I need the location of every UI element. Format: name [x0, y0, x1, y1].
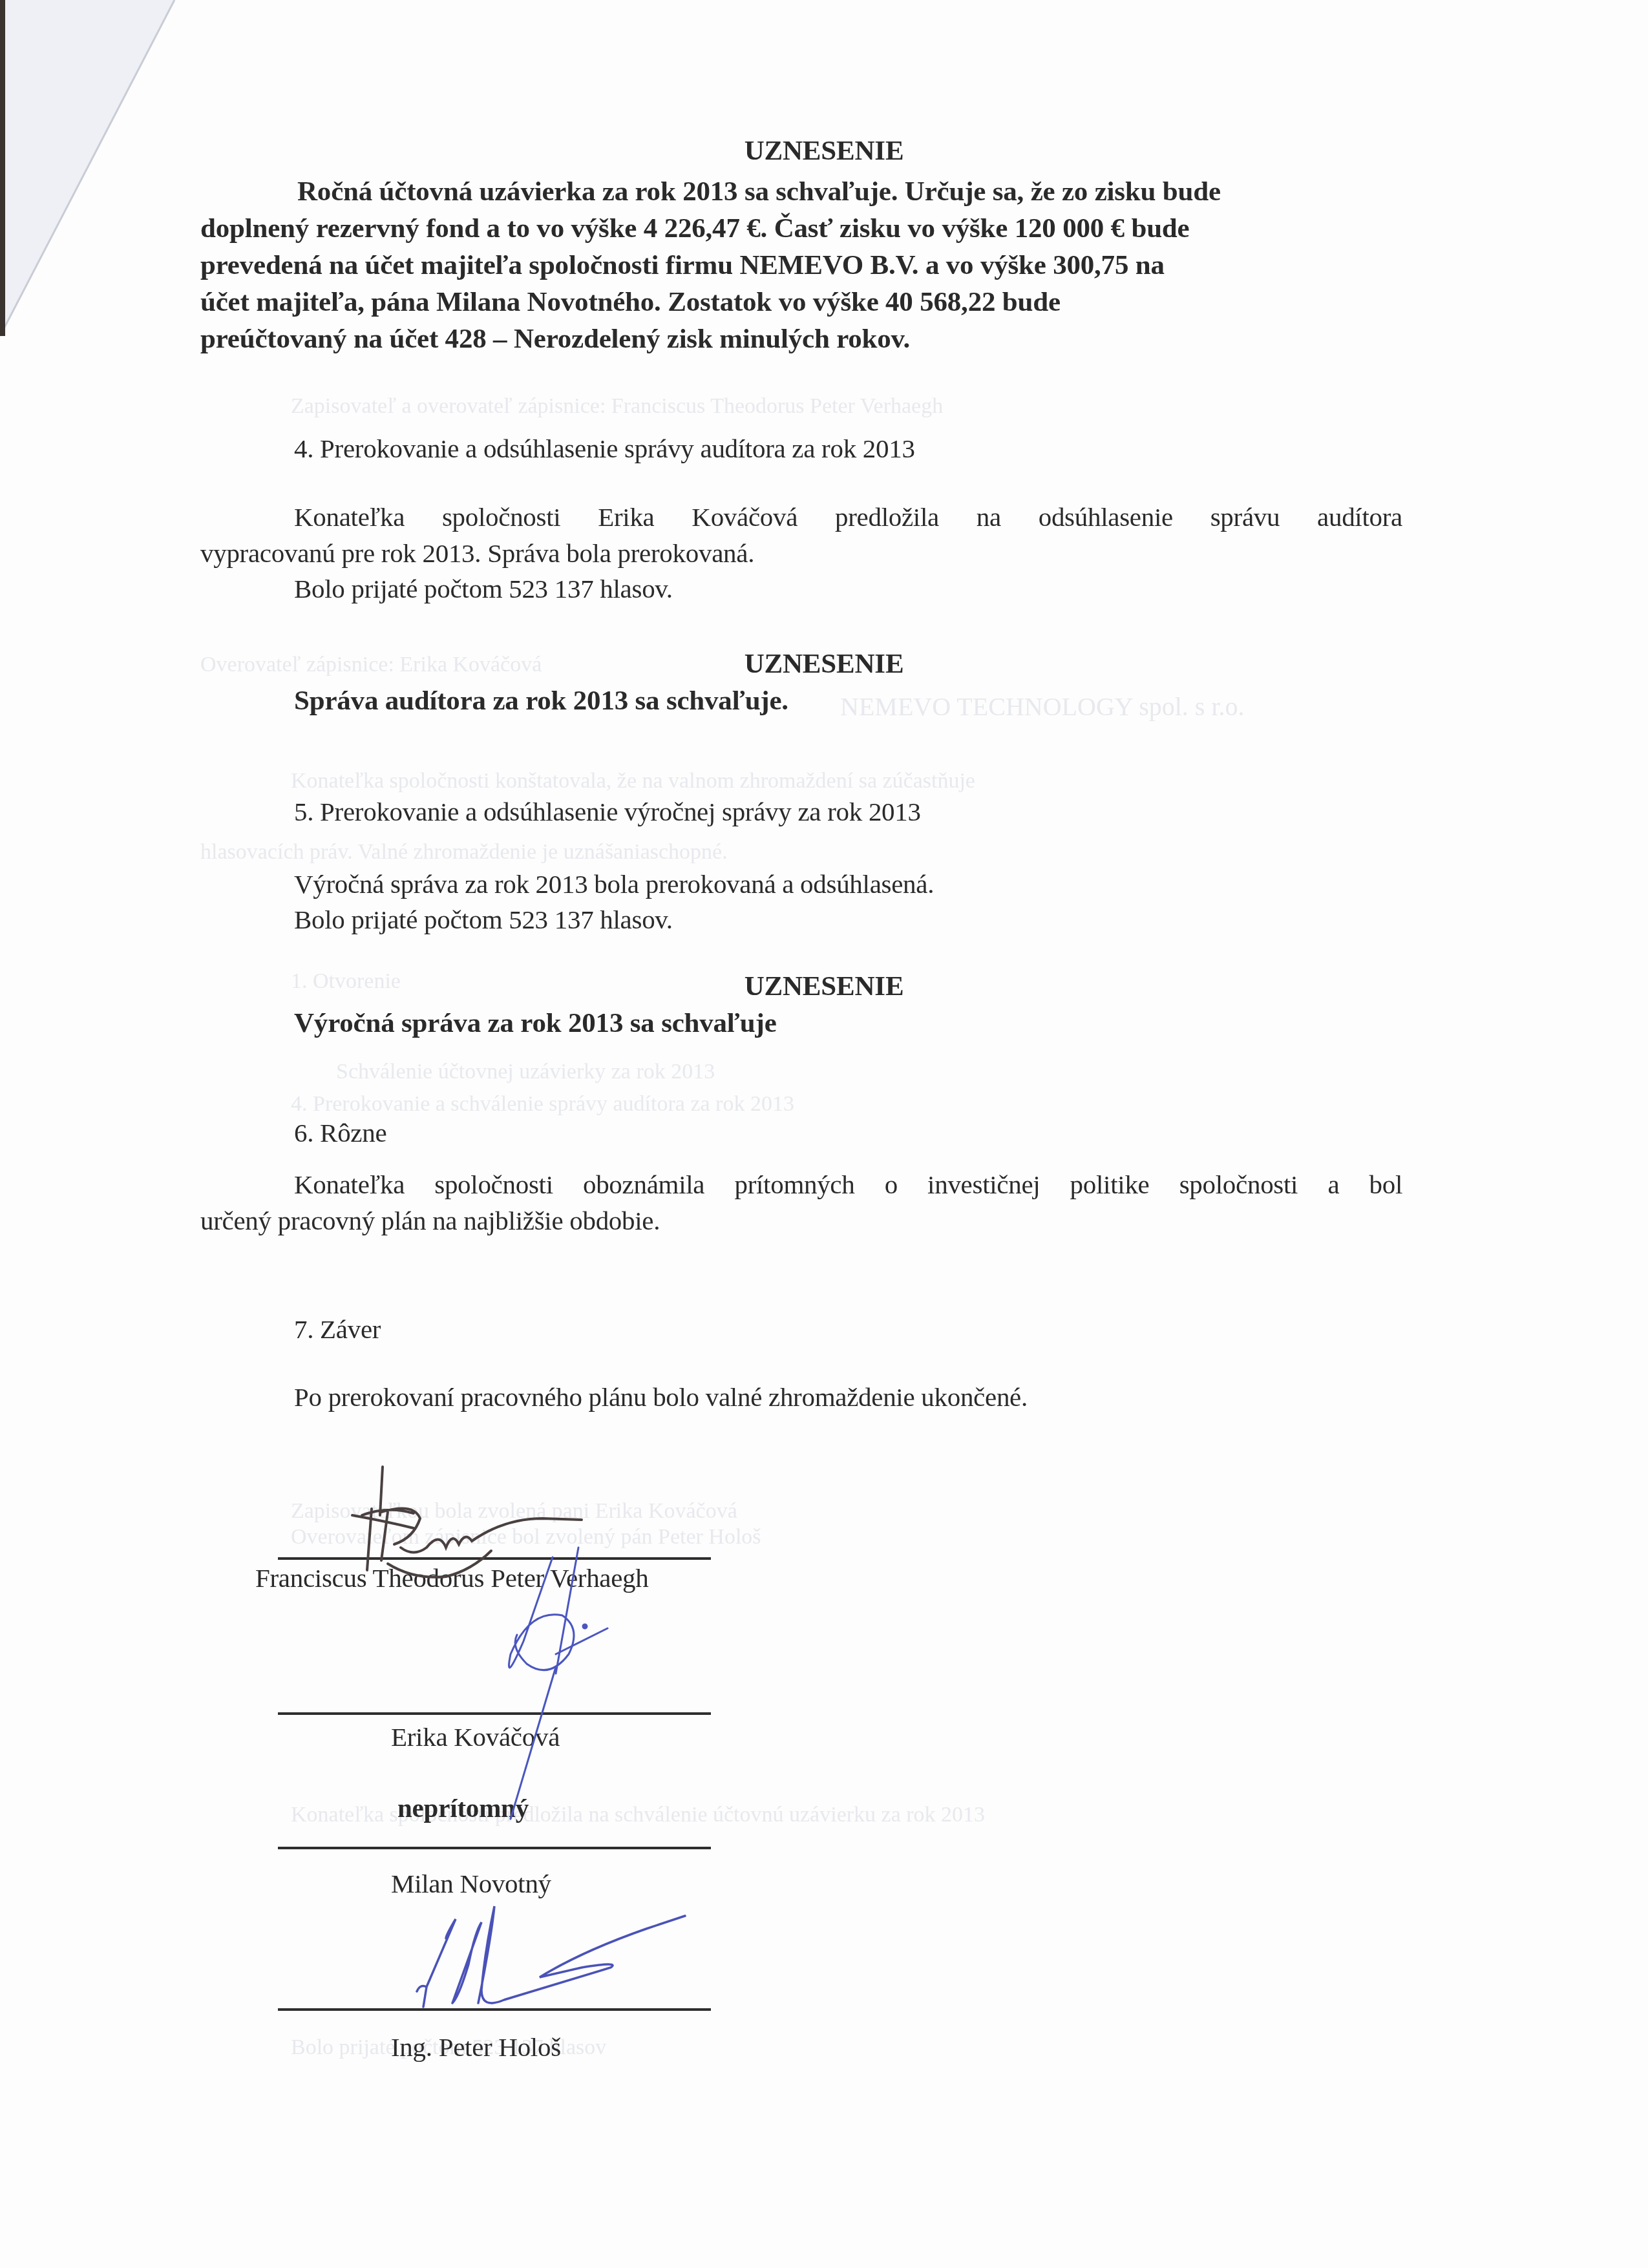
signatory-name: Ing. Peter Hološ: [391, 2034, 561, 2061]
show-through-text: Zapisovateľ a overovateľ zápisnice: Fran…: [291, 394, 943, 419]
resolution-text-line: preúčtovaný na účet 428 – Nerozdelený zi…: [200, 325, 910, 353]
signatory-name: Franciscus Theodorus Peter Verhaegh: [255, 1565, 649, 1591]
item-5-vote: Bolo prijaté počtom 523 137 hlasov.: [294, 907, 673, 933]
show-through-text: Zapisovateľkou bola zvolená pani Erika K…: [291, 1499, 737, 1524]
show-through-text: 4. Prerokovanie a schválenie správy audí…: [291, 1092, 794, 1117]
resolution-text-line: doplnený rezervný fond a to vo výške 4 2…: [200, 215, 1189, 242]
resolution-heading: UZNESENIE: [0, 972, 1648, 1000]
resolution-text-line: prevedená na účet majiteľa spoločnosti f…: [200, 251, 1165, 279]
resolution-heading: UZNESENIE: [0, 137, 1648, 165]
show-through-text: Schválenie účtovnej uzávierky za rok 201…: [336, 1060, 715, 1084]
resolution-text-line: Ročná účtovná uzávierka za rok 2013 sa s…: [297, 178, 1221, 205]
signature-line: [278, 2008, 711, 2011]
item-6-paragraph: určený pracovný plán na najbližšie obdob…: [200, 1208, 660, 1234]
item-4-paragraph: vypracovanú pre rok 2013. Správa bola pr…: [200, 540, 754, 567]
item-5-paragraph: Výročná správa za rok 2013 bola prerokov…: [294, 871, 934, 898]
signature-line: [278, 1847, 711, 1849]
signature-line: [278, 1712, 711, 1715]
show-through-text: Konateľka spoločnosti konštatovala, že n…: [291, 769, 975, 793]
item-5-title: 5. Prerokovanie a odsúhlasenie výročnej …: [294, 799, 921, 825]
show-through-text: Konateľka spoločnosti predložila na schv…: [291, 1803, 985, 1827]
item-4-title: 4. Prerokovanie a odsúhlasenie správy au…: [294, 436, 915, 462]
resolution-heading: UZNESENIE: [0, 650, 1648, 678]
item-7-title: 7. Záver: [294, 1316, 381, 1343]
signatory-name: Milan Novotný: [391, 1871, 551, 1897]
item-4-paragraph: Konateľka spoločnosti Erika Kováčová pre…: [294, 504, 1402, 530]
resolution-text-line: účet majiteľa, pána Milana Novotného. Zo…: [200, 288, 1061, 316]
item-7-paragraph: Po prerokovaní pracovného plánu bolo val…: [294, 1384, 1028, 1411]
show-through-text: NEMEVO TECHNOLOGY spol. s r.o.: [840, 691, 1245, 722]
show-through-text: Overovateľom zápisnice bol zvolený pán P…: [291, 1525, 761, 1549]
item-6-paragraph: Konateľka spoločnosti oboznámila prítomn…: [294, 1171, 1402, 1198]
resolution-text: Výročná správa za rok 2013 sa schvaľuje: [294, 1009, 777, 1037]
item-4-vote: Bolo prijaté počtom 523 137 hlasov.: [294, 576, 673, 602]
show-through-text: hlasovacích práv. Valné zhromaždenie je …: [200, 840, 728, 865]
item-6-title: 6. Rôzne: [294, 1120, 386, 1146]
resolution-text: Správa audítora za rok 2013 sa schvaľuje…: [294, 687, 788, 715]
absence-note: neprítomný: [397, 1795, 529, 1822]
signatory-name: Erika Kováčová: [391, 1724, 560, 1750]
signature-line: [278, 1557, 711, 1560]
